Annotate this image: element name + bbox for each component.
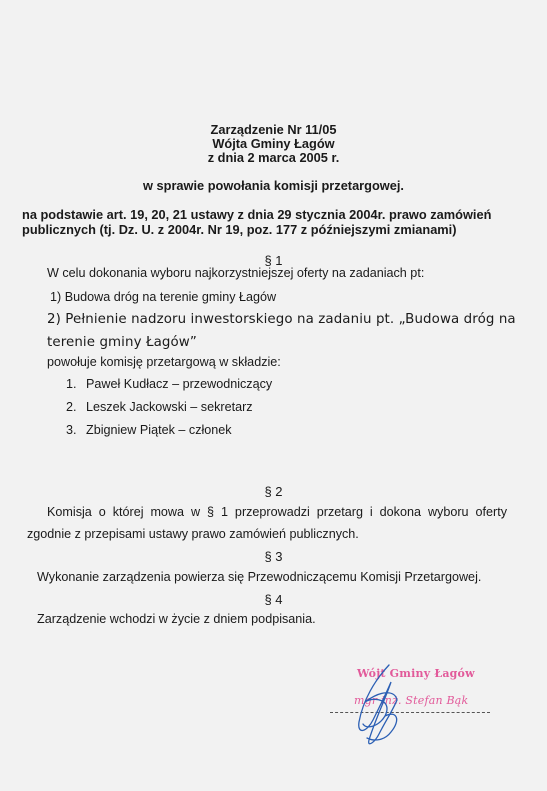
legal-basis-line-1: na podstawie art. 19, 20, 21 ustawy z dn… xyxy=(22,207,491,222)
section-4-heading: § 4 xyxy=(0,592,547,607)
document-subject: w sprawie powołania komisji przetargowej… xyxy=(0,178,547,193)
document-title: Zarządzenie Nr 11/05 xyxy=(0,122,547,137)
member-item: 2.Leszek Jackowski – sekretarz xyxy=(66,400,253,414)
section-2-line-2: zgodnie z przepisami ustawy prawo zamówi… xyxy=(27,527,359,541)
member-item: 3.Zbigniew Piątek – członek xyxy=(66,423,232,437)
document-issuer: Wójta Gminy Łagów xyxy=(0,136,547,151)
section-4-text: Zarządzenie wchodzi w życie z dniem podp… xyxy=(37,612,316,626)
section-3-heading: § 3 xyxy=(0,549,547,564)
section-2-heading: § 2 xyxy=(0,484,547,499)
task-1: 1) Budowa dróg na terenie gminy Łagów xyxy=(50,290,276,304)
section-3-text: Wykonanie zarządzenia powierza się Przew… xyxy=(37,570,481,584)
member-text: Paweł Kudłacz – przewodniczący xyxy=(86,377,272,391)
task-2-line-2: terenie gminy Łagów” xyxy=(47,335,197,350)
appointment-text: powołuje komisję przetargową w składzie: xyxy=(47,355,281,369)
handwritten-signature-icon xyxy=(345,660,425,760)
section-1-intro: W celu dokonania wyboru najkorzystniejsz… xyxy=(47,266,424,280)
member-text: Leszek Jackowski – sekretarz xyxy=(86,400,253,414)
task-2-line-1: 2) Pełnienie nadzoru inwestorskiego na z… xyxy=(47,312,516,327)
member-item: 1.Paweł Kudłacz – przewodniczący xyxy=(66,377,272,391)
document-date: z dnia 2 marca 2005 r. xyxy=(0,150,547,165)
member-number: 3. xyxy=(66,423,86,437)
legal-basis-line-2: publicznych (tj. Dz. U. z 2004r. Nr 19, … xyxy=(22,222,457,237)
section-2-line-1: Komisja o której mowa w § 1 przeprowadzi… xyxy=(47,505,507,519)
member-number: 2. xyxy=(66,400,86,414)
member-text: Zbigniew Piątek – członek xyxy=(86,423,232,437)
member-number: 1. xyxy=(66,377,86,391)
